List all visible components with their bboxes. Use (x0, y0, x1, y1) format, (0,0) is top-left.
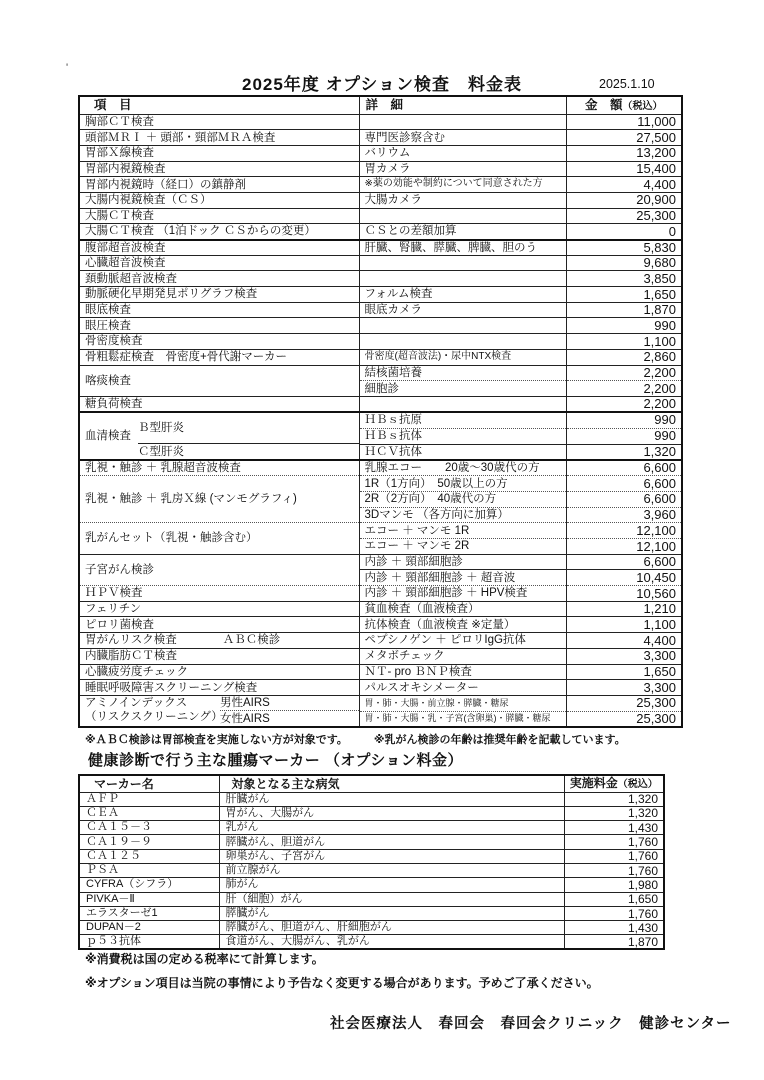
amount-cell: 1,650 (566, 287, 682, 303)
group-label: 血清検査 (80, 413, 138, 459)
document-date: 2025.1.10 (599, 77, 655, 91)
detail-cell: 眼底カメラ (359, 302, 566, 318)
price-row: 頚動脈超音波検査3,850 (79, 271, 682, 287)
detail-cell: 内診 ＋ 頸部細胞診 ＋ 超音波 (359, 570, 566, 586)
detail-cell: 結核菌培養 (359, 365, 566, 381)
disease-cell: 肝（細胞）がん (219, 892, 564, 906)
disease-cell: 膵臓がん、胆道がん、肝細胞がん (219, 921, 564, 935)
item-cell: 乳がんセット（乳視・触診含む） (79, 523, 359, 554)
fee-cell: 1,980 (564, 878, 664, 892)
detail-cell: ※薬の効能や制約について同意された方 (359, 177, 566, 193)
price-row: 骨粗鬆症検査 骨密度+骨代謝マーカー骨密度(超音波法)・尿中NTX検査2,860 (79, 349, 682, 365)
detail-cell: 骨密度(超音波法)・尿中NTX検査 (359, 349, 566, 365)
col-header-marker-name: マーカー名 (79, 775, 219, 792)
item-group-cell: 血清検査Ｂ型肝炎Ｃ型肝炎 (79, 412, 359, 460)
fee-cell: 1,760 (564, 863, 664, 877)
price-row: 喀痰検査結核菌培養2,200 (79, 365, 682, 381)
price-row: 骨密度検査1,100 (79, 334, 682, 350)
item-cell: 胃部内視鏡検査 (79, 161, 359, 177)
col-header-detail: 詳 細 (359, 96, 566, 114)
price-row: 大腸ＣＴ検査 （1泊ドック ＣＳからの変更）ＣＳとの差額加算0 (79, 224, 682, 240)
price-row: 腹部超音波検査肝臓、腎臓、膵臓、脾臓、胆のう5,830 (79, 240, 682, 256)
price-row: 血清検査Ｂ型肝炎Ｃ型肝炎ＨＢｓ抗原990 (79, 412, 682, 428)
serum-group: 血清検査Ｂ型肝炎Ｃ型肝炎 (80, 413, 359, 459)
item-cell: 頚動脈超音波検査 (79, 271, 359, 287)
price-row: 胃がんリスク検査 ＡＢＣ検診ペプシノゲン ＋ ピロリIgG抗体4,400 (79, 633, 682, 649)
detail-cell: ＣＳとの差額加算 (359, 224, 566, 240)
amount-cell: 3,850 (566, 271, 682, 287)
item-cell: フェリチン (79, 601, 359, 617)
detail-cell: ＨＢｓ抗体 (359, 428, 566, 444)
disease-cell: 膵臓がん (219, 906, 564, 920)
price-row: 大腸内視鏡検査（ＣＳ）大腸カメラ20,900 (79, 192, 682, 208)
marker-row: PIVKA－Ⅱ肝（細胞）がん1,650 (79, 892, 664, 906)
detail-cell: ＨＣＶ抗体 (359, 444, 566, 460)
item-cell: 眼底検査 (79, 302, 359, 318)
amount-cell: 1,870 (566, 302, 682, 318)
detail-cell: メタボチェック (359, 648, 566, 664)
disease-cell: 乳がん (219, 821, 564, 835)
fee-cell: 1,320 (564, 806, 664, 820)
fee-cell: 1,760 (564, 906, 664, 920)
amount-cell: 10,560 (566, 586, 682, 602)
marker-table-header-row: マーカー名 対象となる主な病気 実施料金（税込） (79, 775, 664, 792)
amount-cell: 12,100 (566, 539, 682, 555)
amount-cell: 3,300 (566, 680, 682, 696)
item-cell: 胃部Ｘ線検査 (79, 145, 359, 161)
item-cell: 頭部ＭＲＩ ＋ 頭部・頸部ＭＲＡ検査 (79, 130, 359, 146)
price-row: 胸部ＣＴ検査11,000 (79, 114, 682, 130)
item-cell: 動脈硬化早期発見ポリグラフ検査 (79, 287, 359, 303)
detail-cell: 2R（2方向） 40歳代の方 (359, 491, 566, 507)
price-row: 乳がんセット（乳視・触診含む）エコー ＋ マンモ 1R12,100 (79, 523, 682, 539)
sub-label: 男性AIRS (220, 696, 359, 711)
note-breast-age: ※乳がん検診の年齢は推奨年齢を記載しています。 (374, 731, 626, 747)
amount-cell: 13,200 (566, 145, 682, 161)
item-cell: 大腸内視鏡検査（ＣＳ） (79, 192, 359, 208)
price-row: 大腸ＣＴ検査25,300 (79, 208, 682, 224)
group-label-line1: アミノインデックス (85, 697, 220, 711)
price-table-header-row: 項 目 詳 細 金 額（税込） (79, 96, 682, 114)
marker-name-cell: ＣＡ１５－３ (79, 821, 219, 835)
detail-cell (359, 114, 566, 130)
detail-cell: 抗体検査（血液検査 ※定量） (359, 617, 566, 633)
item-cell: 心臓疲労度チェック (79, 664, 359, 680)
note-abc: ※ＡＢＣ検診は胃部検査を実施しない方が対象です。 (85, 731, 348, 747)
detail-cell: 胃・肺・大腸・前立腺・膵臓・糖尿 (359, 695, 566, 711)
amount-cell: 990 (566, 318, 682, 334)
marker-row: ＣＡ１９－９膵臓がん、胆道がん1,760 (79, 835, 664, 849)
price-row: 胃部内視鏡時（経口）の鎮静剤※薬の効能や制約について同意された方4,400 (79, 177, 682, 193)
price-row: 動脈硬化早期発見ポリグラフ検査フォルム検査1,650 (79, 287, 682, 303)
item-group-cell: アミノインデックス（リスクスクリーニング）男性AIRS女性AIRS (79, 695, 359, 727)
marker-row: エラスターゼ1膵臓がん1,760 (79, 906, 664, 920)
item-cell: 喀痰検査 (79, 365, 359, 396)
option-price-table: 項 目 詳 細 金 額（税込） 胸部ＣＴ検査11,000頭部ＭＲＩ ＋ 頭部・頸… (78, 95, 683, 728)
tumor-marker-table: マーカー名 対象となる主な病気 実施料金（税込） ＡＦＰ肝臓がん1,320ＣＥＡ… (78, 774, 665, 950)
item-cell: 子宮がん検診 (79, 554, 359, 585)
price-row: フェリチン貧血検査（血液検査）1,210 (79, 601, 682, 617)
footnote-tax: ※消費税は国の定める税率にて計算します。 (85, 950, 599, 967)
fee-cell: 1,320 (564, 792, 664, 806)
item-cell: 睡眠呼吸障害スクリーニング検査 (79, 680, 359, 696)
price-row: ピロリ菌検査抗体検査（血液検査 ※定量）1,100 (79, 617, 682, 633)
marker-name-cell: ＣＥＡ (79, 806, 219, 820)
item-cell: 大腸ＣＴ検査 （1泊ドック ＣＳからの変更） (79, 224, 359, 240)
fee-cell: 1,430 (564, 821, 664, 835)
table-notes: ※ＡＢＣ検診は胃部検査を実施しない方が対象です。 ※乳がん検診の年齢は推奨年齢を… (85, 731, 626, 747)
amount-cell: 5,830 (566, 240, 682, 256)
detail-cell: 専門医診察含む (359, 130, 566, 146)
amount-cell: 1,100 (566, 334, 682, 350)
detail-cell: ペプシノゲン ＋ ピロリIgG抗体 (359, 633, 566, 649)
amount-cell: 12,100 (566, 523, 682, 539)
fee-tax-label: （税込） (618, 779, 658, 790)
detail-cell: エコー ＋ マンモ 1R (359, 523, 566, 539)
price-row: 睡眠呼吸障害スクリーニング検査パルスオキシメーター3,300 (79, 680, 682, 696)
detail-cell (359, 318, 566, 334)
price-row: 内臓脂肪ＣＴ検査メタボチェック3,300 (79, 648, 682, 664)
marker-row: ＡＦＰ肝臓がん1,320 (79, 792, 664, 806)
detail-cell (359, 271, 566, 287)
disease-cell: 肝臓がん (219, 792, 564, 806)
sub-label: 女性AIRS (220, 710, 359, 726)
detail-cell (359, 334, 566, 350)
item-cell: 大腸ＣＴ検査 (79, 208, 359, 224)
amount-cell: 990 (566, 412, 682, 428)
disease-cell: 胃がん、大腸がん (219, 806, 564, 820)
amount-cell: 4,400 (566, 177, 682, 193)
price-row: 胃部内視鏡検査胃カメラ15,400 (79, 161, 682, 177)
detail-cell (359, 396, 566, 412)
item-cell: 糖負荷検査 (79, 396, 359, 412)
price-row: アミノインデックス（リスクスクリーニング）男性AIRS女性AIRS胃・肺・大腸・… (79, 695, 682, 711)
amount-cell: 1,210 (566, 601, 682, 617)
item-cell: 内臓脂肪ＣＴ検査 (79, 648, 359, 664)
detail-cell: パルスオキシメーター (359, 680, 566, 696)
price-row: 胃部Ｘ線検査バリウム13,200 (79, 145, 682, 161)
detail-cell: エコー ＋ マンモ 2R (359, 539, 566, 555)
amount-cell: 9,680 (566, 255, 682, 271)
detail-cell (359, 255, 566, 271)
col-header-disease: 対象となる主な病気 (219, 775, 564, 792)
marker-name-cell: CYFRA（シフラ） (79, 878, 219, 892)
amount-cell: 2,860 (566, 349, 682, 365)
price-row: 心臓疲労度チェックＮＴ- pro ＢＮＰ検査1,650 (79, 664, 682, 680)
amount-cell: 27,500 (566, 130, 682, 146)
price-row: 頭部ＭＲＩ ＋ 頭部・頸部ＭＲＡ検査専門医診察含む27,500 (79, 130, 682, 146)
detail-cell: 貧血検査（血液検査） (359, 601, 566, 617)
amino-group: アミノインデックス（リスクスクリーニング）男性AIRS女性AIRS (80, 696, 359, 726)
sub-column: Ｂ型肝炎Ｃ型肝炎 (138, 413, 359, 459)
amount-label: 金 額 (585, 98, 623, 112)
amount-cell: 1,650 (566, 664, 682, 680)
amount-cell: 4,400 (566, 633, 682, 649)
sub-column: 男性AIRS女性AIRS (220, 696, 359, 726)
item-cell: ＨＰＶ検査 (79, 586, 359, 602)
item-cell: 眼圧検査 (79, 318, 359, 334)
fee-label: 実施料金 (570, 776, 618, 790)
marker-row: CYFRA（シフラ）肺がん1,980 (79, 878, 664, 892)
item-cell: 胃部内視鏡時（経口）の鎮静剤 (79, 177, 359, 193)
marker-row: ＣＥＡ胃がん、大腸がん1,320 (79, 806, 664, 820)
fee-cell: 1,760 (564, 849, 664, 863)
amount-cell: 2,200 (566, 396, 682, 412)
item-cell: 骨粗鬆症検査 骨密度+骨代謝マーカー (79, 349, 359, 365)
marker-name-cell: DUPAN－2 (79, 921, 219, 935)
footnote-change: ※オプション項目は当院の事情により予告なく変更する場合があります。予めご了承くだ… (85, 974, 599, 991)
marker-name-cell: PIVKA－Ⅱ (79, 892, 219, 906)
item-cell: 腹部超音波検査 (79, 240, 359, 256)
col-header-item: 項 目 (79, 96, 359, 114)
marker-row: ＣＡ１２５卵巣がん、子宮がん1,760 (79, 849, 664, 863)
price-row: 糖負荷検査2,200 (79, 396, 682, 412)
detail-cell: 大腸カメラ (359, 192, 566, 208)
disease-cell: 肺がん (219, 878, 564, 892)
detail-cell: 乳腺エコー 20歳～30歳代の方 (359, 460, 566, 476)
item-cell: 骨密度検査 (79, 334, 359, 350)
amount-cell: 3,960 (566, 507, 682, 523)
item-cell: 乳視・触診 ＋ 乳腺超音波検査 (79, 460, 359, 476)
detail-cell: 3Dマンモ （各方向に加算） (359, 507, 566, 523)
price-row: 子宮がん検診内診 ＋ 頸部細胞診6,600 (79, 554, 682, 570)
amount-cell: 10,450 (566, 570, 682, 586)
amount-tax-label: （税込） (623, 101, 663, 112)
amount-cell: 2,200 (566, 365, 682, 381)
price-row: ＨＰＶ検査内診 ＋ 頸部細胞診 ＋ HPV検査10,560 (79, 586, 682, 602)
sub-label: Ｂ型肝炎 (138, 413, 359, 443)
price-row: 眼底検査眼底カメラ1,870 (79, 302, 682, 318)
marker-row: ＣＡ１５－３乳がん1,430 (79, 821, 664, 835)
amount-cell: 1,320 (566, 444, 682, 460)
fee-cell: 1,760 (564, 835, 664, 849)
marker-row: DUPAN－2膵臓がん、胆道がん、肝細胞がん1,430 (79, 921, 664, 935)
marker-name-cell: ｐ５３抗体 (79, 935, 219, 949)
document-page: ' 2025年度 オプション検査 料金表 2025.1.10 項 目 詳 細 金… (0, 0, 764, 1080)
group-label-line2: （リスクスクリーニング） (85, 711, 220, 725)
price-row: 乳視・触診 ＋ 乳房Ｘ線 (マンモグラフィ)1R（1方向） 50歳以上の方6,6… (79, 476, 682, 492)
detail-cell: 内診 ＋ 頸部細胞診 ＋ HPV検査 (359, 586, 566, 602)
amount-cell: 25,300 (566, 695, 682, 711)
amount-cell: 1,100 (566, 617, 682, 633)
disease-cell: 食道がん、大腸がん、乳がん (219, 935, 564, 949)
amount-cell: 2,200 (566, 381, 682, 397)
amount-cell: 6,600 (566, 460, 682, 476)
detail-cell: 胃・肺・大腸・乳・子宮(含卵巣)・膵臓・糖尿 (359, 711, 566, 727)
footnotes: ※消費税は国の定める税率にて計算します。 ※オプション項目は当院の事情により予告… (85, 950, 599, 998)
item-cell: 乳視・触診 ＋ 乳房Ｘ線 (マンモグラフィ) (79, 476, 359, 523)
amount-cell: 11,000 (566, 114, 682, 130)
amount-cell: 25,300 (566, 711, 682, 727)
price-row: 眼圧検査990 (79, 318, 682, 334)
detail-cell: 肝臓、腎臓、膵臓、脾臓、胆のう (359, 240, 566, 256)
amount-cell: 6,600 (566, 476, 682, 492)
clinic-name: 社会医療法人 春回会 春回会クリニック 健診センター (330, 1012, 732, 1033)
item-cell: ピロリ菌検査 (79, 617, 359, 633)
marker-name-cell: ＣＡ１９－９ (79, 835, 219, 849)
amount-cell: 990 (566, 428, 682, 444)
detail-cell: バリウム (359, 145, 566, 161)
amount-cell: 0 (566, 224, 682, 240)
sub-label: Ｃ型肝炎 (138, 443, 359, 459)
amount-cell: 6,600 (566, 554, 682, 570)
marker-row: ＰＳＡ前立腺がん1,760 (79, 863, 664, 877)
item-cell: 胸部ＣＴ検査 (79, 114, 359, 130)
col-header-amount: 金 額（税込） (566, 96, 682, 114)
detail-cell: 細胞診 (359, 381, 566, 397)
marker-name-cell: ＣＡ１２５ (79, 849, 219, 863)
fee-cell: 1,430 (564, 921, 664, 935)
amount-cell: 6,600 (566, 491, 682, 507)
detail-cell: 1R（1方向） 50歳以上の方 (359, 476, 566, 492)
amount-cell: 25,300 (566, 208, 682, 224)
detail-cell: 胃カメラ (359, 161, 566, 177)
amount-cell: 3,300 (566, 648, 682, 664)
marker-table-title: 健康診断で行う主な腫瘍マーカー （オプション料金） (88, 749, 463, 770)
marker-name-cell: エラスターゼ1 (79, 906, 219, 920)
amount-cell: 20,900 (566, 192, 682, 208)
marker-row: ｐ５３抗体食道がん、大腸がん、乳がん1,870 (79, 935, 664, 949)
item-cell: 心臓超音波検査 (79, 255, 359, 271)
detail-cell: ＨＢｓ抗原 (359, 412, 566, 428)
item-cell: 胃がんリスク検査 ＡＢＣ検診 (79, 633, 359, 649)
detail-cell: ＮＴ- pro ＢＮＰ検査 (359, 664, 566, 680)
disease-cell: 前立腺がん (219, 863, 564, 877)
group-label: アミノインデックス（リスクスクリーニング） (80, 696, 220, 726)
price-row: 乳視・触診 ＋ 乳腺超音波検査乳腺エコー 20歳～30歳代の方6,600 (79, 460, 682, 476)
price-row: 心臓超音波検査9,680 (79, 255, 682, 271)
fee-cell: 1,870 (564, 935, 664, 949)
col-header-fee: 実施料金（税込） (564, 775, 664, 792)
detail-cell: フォルム検査 (359, 287, 566, 303)
detail-cell: 内診 ＋ 頸部細胞診 (359, 554, 566, 570)
disease-cell: 膵臓がん、胆道がん (219, 835, 564, 849)
fee-cell: 1,650 (564, 892, 664, 906)
detail-cell (359, 208, 566, 224)
marker-name-cell: ＡＦＰ (79, 792, 219, 806)
disease-cell: 卵巣がん、子宮がん (219, 849, 564, 863)
amount-cell: 15,400 (566, 161, 682, 177)
marker-name-cell: ＰＳＡ (79, 863, 219, 877)
